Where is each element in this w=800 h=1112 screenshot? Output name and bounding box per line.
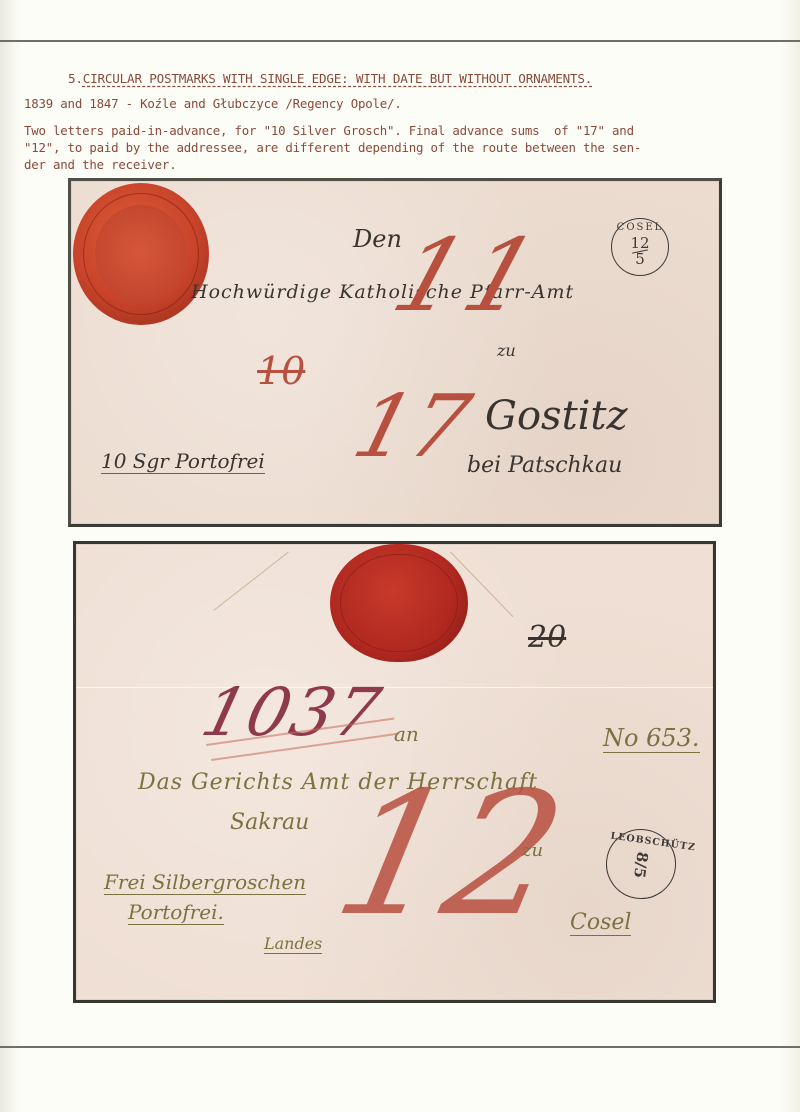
zu-text: zu <box>497 341 516 360</box>
mark-top: 20 <box>528 620 566 655</box>
destination: Cosel <box>570 910 631 936</box>
description-line: der and the receiver. <box>24 156 641 173</box>
sender-note-3: Landes <box>264 934 322 954</box>
section-number: 5. <box>68 71 83 86</box>
rate-final: 17 <box>344 377 480 477</box>
description-line: Two letters paid-in-advance, for "10 Sil… <box>24 122 641 139</box>
description-line: "12", to paid by the addressee, are diff… <box>24 139 641 156</box>
cover-cosel: COSEL 12 5 Den Hochwürdige Katholische P… <box>68 178 722 527</box>
bottom-rule <box>0 1046 800 1048</box>
postmark-leobschutz: LEOBSCHÜTZ 8/5 <box>601 824 680 903</box>
wax-seal <box>73 183 209 325</box>
postmark-month: 5 <box>612 250 668 268</box>
sender-note: 10 Sgr Portofrei <box>101 449 265 474</box>
salutation: Den <box>353 225 402 253</box>
section-description: Two letters paid-in-advance, for "10 Sil… <box>24 122 641 173</box>
flap-line <box>213 552 288 611</box>
sender-note-2: Portofrei. <box>128 900 224 925</box>
section-subtitle: 1839 and 1847 - Koźle and Głubczyce /Reg… <box>24 95 402 112</box>
postmark-cosel: COSEL 12 5 <box>611 218 669 276</box>
place: Sakrau <box>230 810 309 835</box>
reference-number: No 653. <box>603 724 700 753</box>
rate-top: 11 <box>380 217 557 334</box>
page-edge-shadow <box>0 0 22 1112</box>
destination: Gostitz <box>485 393 628 439</box>
destination-sub: bei Patschkau <box>467 453 622 478</box>
sender-note-1: Frei Silbergroschen <box>104 870 306 895</box>
zu-text: zu <box>522 840 543 861</box>
postmark-town: COSEL <box>612 222 668 233</box>
wax-seal <box>330 544 468 662</box>
crossed-rate: 10 <box>257 349 305 393</box>
cover-leobschutz: 20 1037 an No 653. Das Gerichts Amt der … <box>73 541 716 1003</box>
an-text: an <box>394 722 419 746</box>
top-rule <box>0 40 800 42</box>
fold-line <box>76 687 713 688</box>
section-title: CIRCULAR POSTMARKS WITH SINGLE EDGE: WIT… <box>83 71 592 86</box>
section-heading: 5.CIRCULAR POSTMARKS WITH SINGLE EDGE: W… <box>68 70 592 87</box>
page-edge-shadow-right <box>780 0 800 1112</box>
